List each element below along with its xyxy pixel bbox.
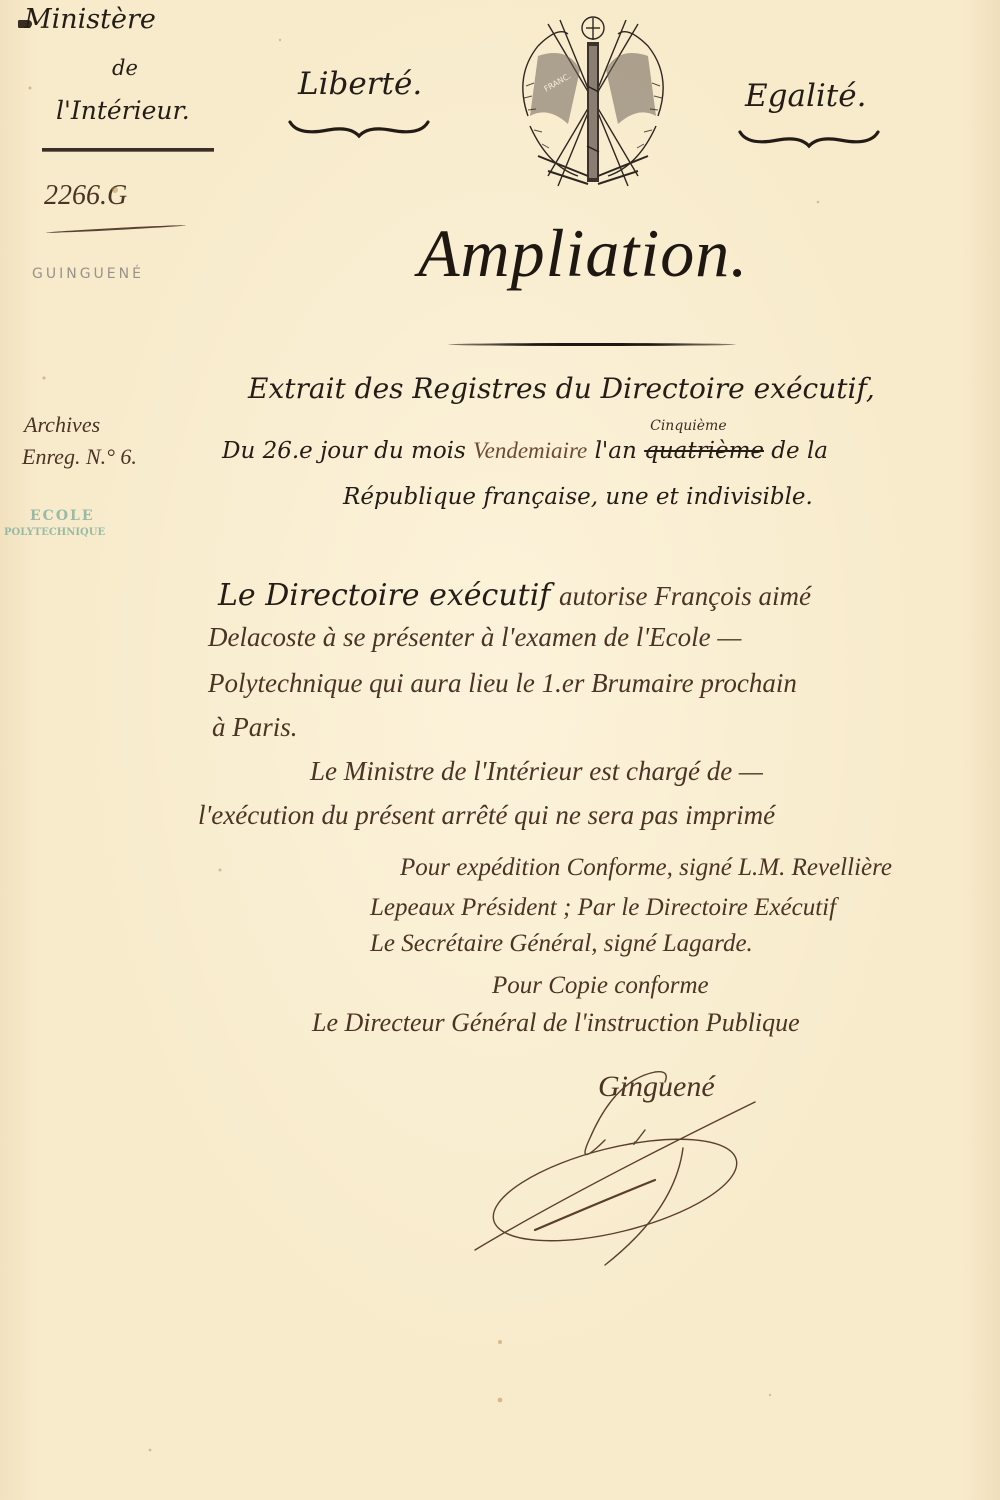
year-correction: Cinquième quatrième bbox=[644, 438, 764, 464]
motto-egalite: Egalité. bbox=[745, 78, 866, 114]
ministry-header-line-2: de bbox=[112, 56, 138, 80]
body-line-10: Pour Copie conforme bbox=[492, 972, 709, 1000]
date-suffix: de la bbox=[771, 438, 828, 464]
motto-liberte: Liberté. bbox=[298, 66, 422, 102]
ecole-stamp-line-1: ECOLE bbox=[30, 508, 95, 524]
brace-ornament-icon bbox=[288, 118, 430, 140]
signature-flourish-icon bbox=[455, 1060, 785, 1270]
body-line-4: à Paris. bbox=[212, 712, 298, 743]
archive-annotation-line-2: Enreg. N.° 6. bbox=[22, 444, 137, 470]
republic-line: République française, une et indivisible… bbox=[343, 484, 813, 510]
brace-ornament-icon bbox=[738, 128, 880, 150]
body-line-2: Delacoste à se présenter à l'examen de l… bbox=[208, 622, 741, 653]
ministry-header-line-3: l'Intérieur. bbox=[56, 96, 190, 125]
pencil-name-annotation: GUINGUENÉ bbox=[32, 266, 144, 282]
title-underline bbox=[448, 343, 736, 346]
body-line-1-handwritten: autorise François aimé bbox=[559, 581, 811, 611]
header-divider bbox=[42, 148, 214, 151]
body-line-7: Pour expédition Conforme, signé L.M. Rev… bbox=[400, 854, 892, 882]
body-line-5: Le Ministre de l'Intérieur est chargé de… bbox=[310, 756, 763, 787]
ministry-header-line-1: Ministère bbox=[24, 4, 156, 35]
body-line-1: Le Directoire exécutif autorise François… bbox=[218, 578, 811, 613]
month-name: Vendemiaire bbox=[473, 438, 587, 463]
body-line-3: Polytechnique qui aura lieu le 1.er Brum… bbox=[208, 668, 797, 699]
ecole-stamp-line-2: POLYTECHNIQUE bbox=[4, 527, 105, 538]
year-corrected-value: Cinquième bbox=[650, 418, 727, 434]
body-line-6: l'exécution du présent arrêté qui ne ser… bbox=[198, 800, 775, 831]
date-line: Du 26.e jour du mois Vendemiaire l'an Ci… bbox=[222, 438, 828, 464]
year-struck-value: quatrième bbox=[644, 438, 764, 464]
reference-underline bbox=[46, 224, 186, 233]
reference-number: 2266.G bbox=[44, 180, 127, 212]
extract-heading: Extrait des Registres du Directoire exéc… bbox=[248, 372, 875, 405]
body-line-8: Lepeaux Président ; Par le Directoire Ex… bbox=[370, 894, 836, 922]
republican-emblem-icon: FRANC. bbox=[508, 6, 678, 196]
body-line-1-printed: Le Directoire exécutif bbox=[218, 578, 550, 613]
body-line-11: Le Directeur Général de l'instruction Pu… bbox=[312, 1008, 800, 1038]
document-title: Ampliation. bbox=[418, 214, 748, 293]
date-prefix: Du 26.e jour du mois bbox=[222, 438, 466, 464]
archive-annotation-line-1: Archives bbox=[24, 412, 100, 438]
year-prefix: l'an bbox=[595, 438, 637, 464]
body-line-9: Le Secrétaire Général, signé Lagarde. bbox=[370, 930, 753, 958]
